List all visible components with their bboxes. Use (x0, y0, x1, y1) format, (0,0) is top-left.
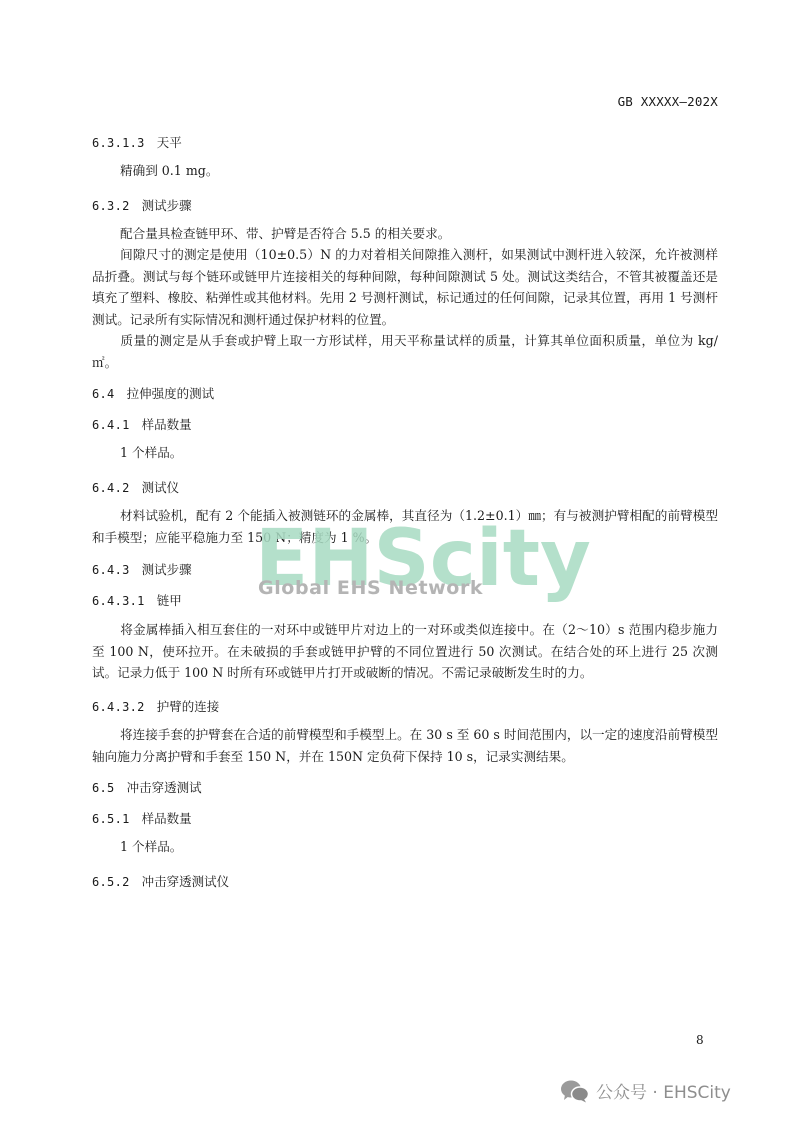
section-heading: 6.5.2冲击穿透测试仪 (92, 872, 229, 890)
section-title: 样品数量 (142, 417, 192, 432)
paragraph-text: 间隙尺寸的测定是使用（10±0.5）N 的力对着相关间隙推入测杆，如果测试中测杆… (92, 247, 718, 327)
section-heading: 6.3.2测试步骤 (92, 196, 192, 214)
section-heading: 6.5冲击穿透测试 (92, 778, 202, 796)
section-number: 6.3.2 (92, 199, 130, 213)
paragraph-text: 1 个样品。 (120, 839, 182, 854)
section-number: 6.4.1 (92, 418, 130, 432)
wechat-account-label: 公众号 · EHSCity (596, 1078, 731, 1103)
standard-number: GB XXXXX—202X (618, 94, 718, 109)
section-heading: 6.4拉伸强度的测试 (92, 384, 214, 402)
section-title: 链甲 (157, 593, 182, 608)
section-number: 6.5.1 (92, 812, 130, 826)
paragraph-text: 将连接手套的护臂套在合适的前臂模型和手模型上。在 30 s 至 60 s 时间范… (92, 727, 718, 764)
watermark-tagline: Global EHS Network (258, 577, 483, 599)
wechat-account-watermark: 公众号 · EHSCity (560, 1078, 731, 1103)
section-heading: 6.4.3.1链甲 (92, 591, 182, 609)
paragraph: 将金属棒插入相互套住的一对环中或链甲片对边上的一对环或类似连接中。在（2～10）… (92, 619, 718, 684)
paragraph-text: 1 个样品。 (120, 445, 182, 460)
paragraph-text: 精确到 0.1 mg。 (120, 163, 218, 178)
section-number: 6.5 (92, 781, 115, 795)
section-number: 6.5.2 (92, 875, 130, 889)
section-title: 样品数量 (142, 811, 192, 826)
paragraph: 质量的测定是从手套或护臂上取一方形试样，用天平称量试样的质量，计算其单位面积质量… (92, 330, 718, 373)
page-number: 8 (696, 1033, 704, 1047)
paragraph: 将连接手套的护臂套在合适的前臂模型和手模型上。在 30 s 至 60 s 时间范… (92, 724, 718, 767)
section-heading: 6.5.1样品数量 (92, 809, 192, 827)
section-heading: 6.4.1样品数量 (92, 415, 192, 433)
paragraph: 间隙尺寸的测定是使用（10±0.5）N 的力对着相关间隙推入测杆，如果测试中测杆… (92, 244, 718, 331)
wechat-icon (560, 1079, 590, 1103)
section-title: 测试仪 (142, 480, 180, 495)
section-number: 6.4.3.1 (92, 594, 145, 608)
section-title: 测试步骤 (142, 198, 192, 213)
section-heading: 6.4.2测试仪 (92, 478, 179, 496)
section-number: 6.4.3.2 (92, 700, 145, 714)
paragraph: 1 个样品。 (92, 836, 718, 858)
section-heading: 6.3.1.3天平 (92, 133, 182, 151)
section-number: 6.4.2 (92, 481, 130, 495)
section-title: 冲击穿透测试仪 (142, 874, 230, 889)
section-title: 拉伸强度的测试 (127, 386, 215, 401)
paragraph-text: 将金属棒插入相互套住的一对环中或链甲片对边上的一对环或类似连接中。在（2～10）… (92, 622, 718, 680)
paragraph: 1 个样品。 (92, 442, 718, 464)
section-title: 天平 (157, 135, 182, 150)
paragraph: 材料试验机，配有 2 个能插入被测链环的金属棒，其直径为（1.2±0.1）㎜；有… (92, 505, 718, 548)
paragraph-text: 质量的测定是从手套或护臂上取一方形试样，用天平称量试样的质量，计算其单位面积质量… (92, 333, 718, 370)
section-heading: 6.4.3测试步骤 (92, 560, 192, 578)
section-number: 6.3.1.3 (92, 136, 145, 150)
section-title: 护臂的连接 (157, 699, 220, 714)
paragraph: 精确到 0.1 mg。 (92, 160, 718, 182)
section-title: 测试步骤 (142, 562, 192, 577)
paragraph: 配合量具检查链甲环、带、护臂是否符合 5.5 的相关要求。 (92, 223, 718, 245)
paragraph-text: 配合量具检查链甲环、带、护臂是否符合 5.5 的相关要求。 (120, 226, 450, 241)
document-page: GB XXXXX—202X 6.3.1.3天平精确到 0.1 mg。6.3.2测… (0, 0, 794, 1123)
section-number: 6.4 (92, 387, 115, 401)
section-title: 冲击穿透测试 (127, 780, 202, 795)
paragraph-text: 材料试验机，配有 2 个能插入被测链环的金属棒，其直径为（1.2±0.1）㎜；有… (92, 508, 718, 545)
section-number: 6.4.3 (92, 563, 130, 577)
section-heading: 6.4.3.2护臂的连接 (92, 697, 219, 715)
